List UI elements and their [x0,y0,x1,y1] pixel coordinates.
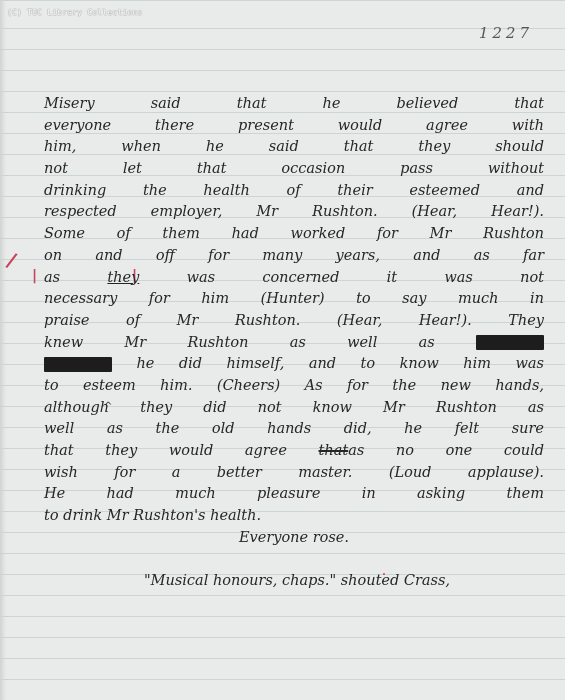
red-margin-slash-mark: / [4,247,19,272]
text-fragment: as [44,270,60,286]
underlined-word: they [107,270,139,286]
text-line: he did himself, and to know him was [44,354,544,376]
text-line: "Musical honours, chaps." shouted Crass, [44,571,544,593]
text-line: on and off for many years, and as far [44,246,544,268]
red-edit-mark: | [32,268,37,284]
text-line: not let that occasion pass without [44,159,544,181]
text-line: to esteem him. (Cheers) As for the new h… [44,376,544,398]
text-line: praise of Mr Rushton. (Hear, Hear!). The… [44,311,544,333]
blank-line [44,549,544,571]
text-line: wish for a better master. (Loud applause… [44,463,544,485]
struck-word: that [319,443,349,459]
text-fragment: that they would agree [44,443,287,459]
text-line: well as the old hands did, he felt sure [44,419,544,441]
text-line: Everyone rose. [44,528,544,550]
text-line: Some of them had worked for Mr Rushton [44,224,544,246]
text-fragment: was concerned it was not [187,270,544,286]
manuscript-page: (C) TUC Library Collections 1227 / | | ^… [0,0,565,700]
text-line: respected employer, Mr Rushton. (Hear, H… [44,202,544,224]
text-line: as they was concerned it was not [44,268,544,290]
text-line: drinking the health of their esteemed an… [44,181,544,203]
text-fragment: knew Mr Rushton as well as [44,335,435,351]
copyright-watermark: (C) TUC Library Collections [7,8,142,17]
text-fragment: as no one could [348,443,544,459]
text-line: everyone there present would agree with [44,116,544,138]
text-line: Misery said that he believed that [44,94,544,116]
text-line: that they would agree thatas no one coul… [44,441,544,463]
text-line: although they did not know Mr Rushton as [44,398,544,420]
text-line: necessary for him (Hunter) to say much i… [44,289,544,311]
text-line: knew Mr Rushton as well as [44,333,544,355]
text-line: He had much pleasure in asking them [44,484,544,506]
handwritten-text: Misery said that he believed that everyo… [44,94,544,593]
redaction-block [44,357,112,372]
page-number: 1227 [479,24,533,42]
text-line: him, when he said that they should [44,137,544,159]
redaction-block [476,335,544,350]
text-line: to drink Mr Rushton's health. [44,506,544,528]
text-fragment: he did himself, and to know him was [136,356,544,372]
